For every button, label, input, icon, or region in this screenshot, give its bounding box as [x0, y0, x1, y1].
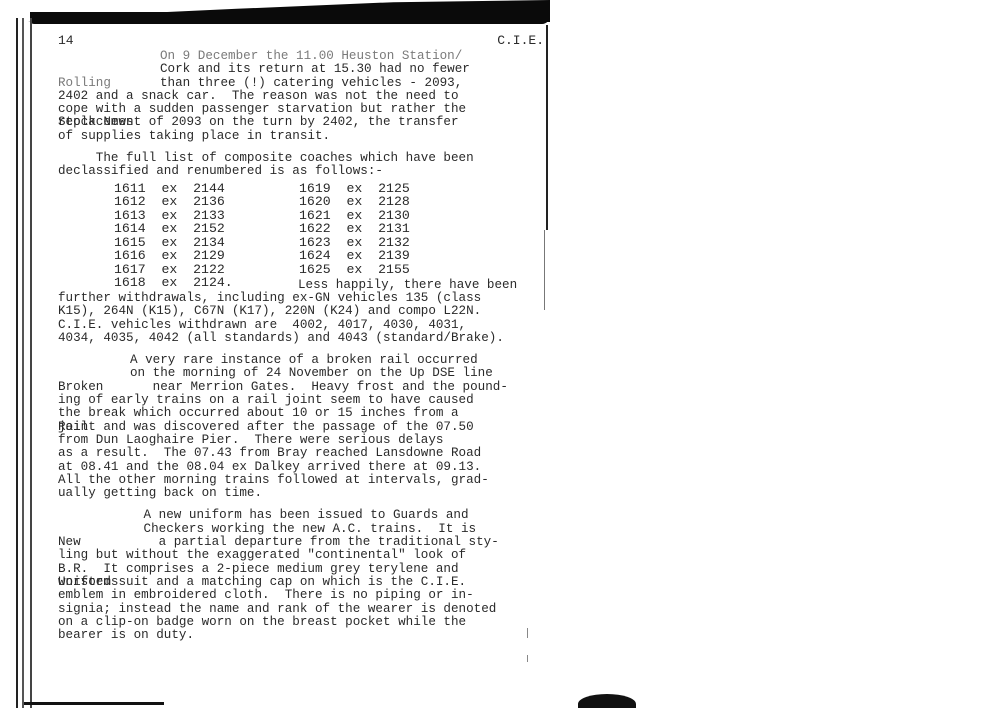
side-heading: Rolling Stock News — [58, 50, 153, 156]
coach-list-column-2: 1619 ex 21251620 ex 21281621 ex 21301622… — [299, 182, 484, 290]
coach-list-item: 1622 ex 2131 — [299, 222, 484, 236]
section-rolling-stock-news: Rolling Stock News On 9 December the 11.… — [58, 50, 548, 143]
scan-bottom-line — [24, 702, 164, 705]
coach-list-item: 1623 ex 2132 — [299, 236, 484, 250]
coach-list-item: 1620 ex 2128 — [299, 195, 484, 209]
coach-list-column-1: 1611 ex 21441612 ex 21361613 ex 21331614… — [114, 182, 299, 290]
coach-list-item: 1617 ex 2122 — [114, 263, 299, 277]
coach-list-item: 1619 ex 2125 — [299, 182, 484, 196]
section-new-uniforms: New Uniforms A new uniform has been issu… — [58, 509, 548, 642]
coach-list-item: 1612 ex 2136 — [114, 195, 299, 209]
coach-list-item: 1614 ex 2152 — [114, 222, 299, 236]
coach-list-item: 1613 ex 2133 — [114, 209, 299, 223]
coach-list-item: 1618 ex 2124. — [114, 276, 299, 290]
scan-mark — [527, 655, 528, 662]
running-title: C.I.E. — [497, 34, 544, 50]
scan-top-shadow-lower — [30, 12, 550, 24]
page-header: 14 C.I.E. — [58, 34, 548, 50]
coach-list-item: 1625 ex 2155 — [299, 263, 484, 277]
coach-list-item: 1616 ex 2129 — [114, 249, 299, 263]
page-number: 14 — [58, 34, 74, 50]
side-heading: Broken Rail — [58, 354, 153, 460]
section-broken-rail: Broken Rail A very rare instance of a br… — [58, 354, 548, 500]
coach-list-item: 1621 ex 2130 — [299, 209, 484, 223]
binding-edge — [16, 18, 32, 708]
coach-renumbering-list: 1611 ex 21441612 ex 21361613 ex 21331614… — [114, 182, 548, 290]
document-page: 14 C.I.E. Rolling Stock News On 9 Decemb… — [58, 34, 548, 642]
binding-inner-line — [22, 18, 24, 708]
coach-list-item: 1611 ex 2144 — [114, 182, 299, 196]
side-heading: New Uniforms — [58, 509, 153, 615]
coach-list-item: 1615 ex 2134 — [114, 236, 299, 250]
scan-bottom-blob — [578, 694, 636, 708]
coach-list-item: 1624 ex 2139 — [299, 249, 484, 263]
